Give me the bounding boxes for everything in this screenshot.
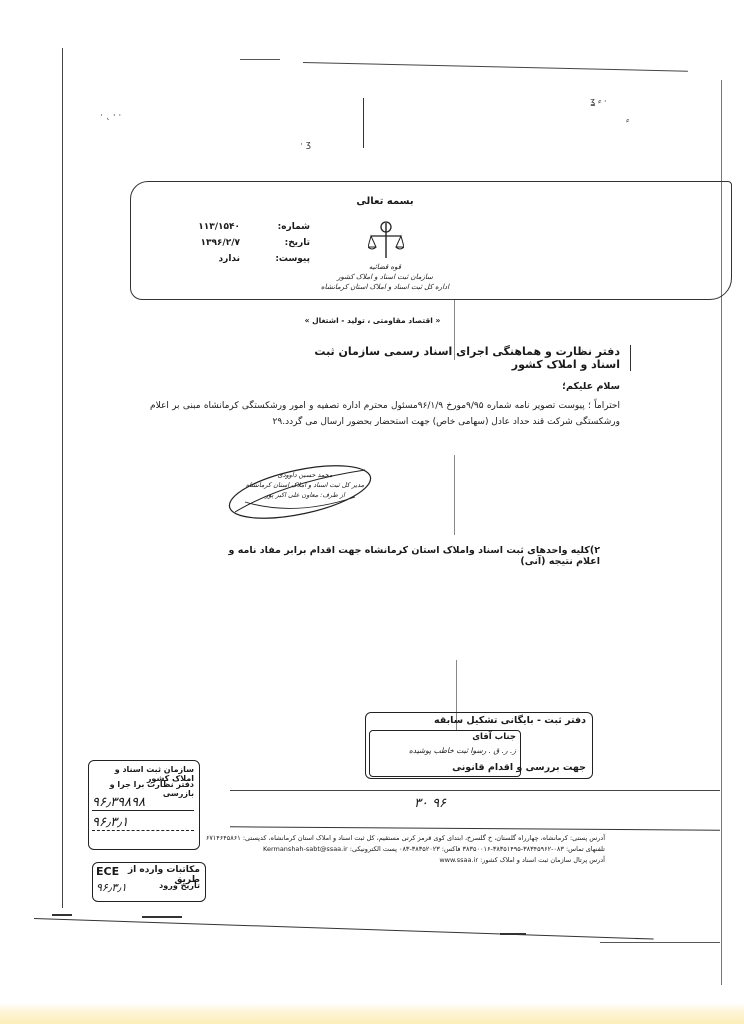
- page-border-bottom: [34, 918, 654, 940]
- fold-line: [363, 98, 364, 148]
- page-border-bottom: [600, 942, 720, 943]
- footer-portal: آدرس پرتال سازمان ثبت اسناد و املاک کشور…: [205, 855, 605, 866]
- scan-dash: [142, 916, 182, 918]
- addressee: دفتر نظارت و هماهنگی اجرای اسناد رسمی سا…: [290, 345, 631, 371]
- page-border-left: [62, 48, 63, 908]
- meta-value: ندارد: [170, 254, 240, 270]
- signature-block: محمد حسین داوودی مدیر کل ثبت اسناد و امل…: [230, 470, 380, 500]
- meta-label: تاریخ:: [255, 238, 310, 254]
- divider: [230, 790, 720, 791]
- scan-speck: · ʒ: [300, 140, 311, 150]
- meta-value: ۱۳۹۶/۲/۷: [170, 238, 240, 254]
- org-line: قوه قضائیه: [300, 262, 470, 272]
- signatory-name: محمد حسین داوودی: [230, 470, 380, 480]
- handwritten-note: ۹۶ ۳۰: [395, 796, 465, 811]
- org-line: سازمان ثبت اسناد و املاک کشور: [300, 272, 470, 282]
- letter-footer: آدرس پستی: کرمانشاه، چهارراه گلستان، خ گ…: [205, 833, 605, 866]
- meta-value: ۱۱۳/۱۵۴۰: [170, 222, 240, 238]
- meta-label: پیوست:: [255, 254, 310, 270]
- scan-dash: [52, 914, 72, 916]
- meta-date: تاریخ: ۱۳۹۶/۲/۷: [170, 238, 310, 254]
- copy-recipients: ۲)کلیه واحدهای ثبت اسناد واملاک استان کر…: [205, 545, 600, 567]
- fold-line: [454, 455, 455, 535]
- signatory-deputy: از طرف: معاون علی اکبر پور: [230, 490, 380, 500]
- ece-stamp-date-row: ۹۶٫۳٫۱ تاریخ ورود: [96, 881, 200, 894]
- page-border-top: [303, 62, 688, 72]
- ece-stamp-date-label: تاریخ ورود: [159, 881, 200, 894]
- meta-attachment: پیوست: ندارد: [170, 254, 310, 270]
- organization-name: قوه قضائیه سازمان ثبت اسناد و املاک کشور…: [300, 262, 470, 292]
- salutation: سلام علیکم؛: [470, 381, 620, 392]
- meta-label: شماره:: [255, 222, 310, 238]
- org-line: اداره کل ثبت اسناد و املاک استان کرمانشا…: [300, 282, 470, 292]
- invocation: بسمه تعالی: [330, 196, 440, 207]
- meta-number: شماره: ۱۱۳/۱۵۴۰: [170, 222, 310, 238]
- archive-stamp-title: دفتر ثبت - بایگانی تشکیل سابقه: [380, 715, 586, 726]
- scan-edge: [0, 1003, 744, 1024]
- archive-stamp-action: جهت بررسی و اقدام قانونی: [370, 762, 586, 773]
- signatory-title: مدیر کل ثبت اسناد و املاک استان کرمانشاه: [230, 480, 380, 490]
- archive-stamp-recipient: جناب آقای: [390, 732, 516, 742]
- letter-meta: شماره: ۱۱۳/۱۵۴۰ تاریخ: ۱۳۹۶/۲/۷ پیوست: ن…: [170, 222, 310, 270]
- slogan: « اقتصاد مقاومتی ، تولید - اشتغال »: [300, 316, 445, 325]
- footer-divider: [230, 826, 720, 830]
- justice-scales-icon: [368, 220, 404, 260]
- footer-phones: تلفنهای تماس: ۰۸۳-۳۸۳۴۵۹۶۲-۳۸۳۵۱۴۹۵-۳۸۳۵…: [205, 844, 605, 855]
- page-border-top: [240, 59, 280, 60]
- received-stamp-number: ۹۶٫۳۹۸۹۸: [92, 795, 194, 811]
- archive-stamp-note: ز. ر. ق . رسوا ثبت خاطب پوشیده: [380, 746, 516, 755]
- ece-stamp-date: ۹۶٫۳٫۱: [96, 881, 127, 894]
- scan-speck: · ˛ ⸱ ·: [100, 108, 121, 121]
- received-stamp-date: ۹۶٫۳٫۱: [92, 815, 194, 831]
- scan-speck: ʓ ⸗ ·: [590, 96, 607, 107]
- scan-dash: [500, 933, 526, 935]
- footer-address: آدرس پستی: کرمانشاه، چهارراه گلستان، خ گ…: [205, 833, 605, 844]
- letter-body: احتراماً ؛ پیوست تصویر نامه شماره ۹/۹۵مو…: [150, 398, 620, 430]
- scan-speck: ⸗: [626, 115, 629, 126]
